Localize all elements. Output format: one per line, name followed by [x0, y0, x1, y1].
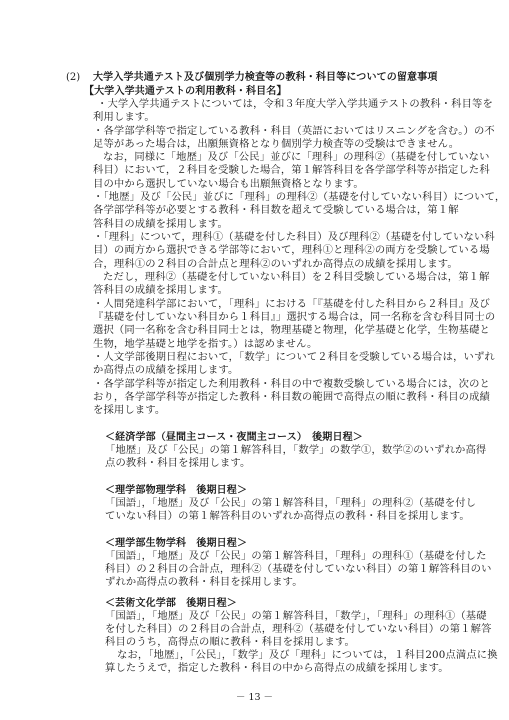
section-title: 大学入学共通テスト及び個別学力検査等の教科・科目等についての留意事項 [93, 71, 438, 84]
body-line: 各学部学科等が必要とする教科・科目数を超えて受験している場合は，第１解 [93, 204, 459, 217]
body-line: を採用します。 [93, 404, 165, 417]
body-line: 答科目の成績を採用します。 [93, 218, 228, 231]
page-number: － 13 － [0, 689, 509, 703]
body-line: ただし，理科②（基礎を付していない科目）を２科目受験している場合は，第１解 [103, 271, 490, 284]
body-line: 目）の両方から選択できる学部等において，理科①と理科②の両方を受験している場 [93, 244, 490, 257]
faculty-line: 点の教科・科目を採用します。 [105, 457, 250, 470]
body-line: 利用します。 [93, 111, 155, 124]
body-line: 目の中から選択していない場合も出願無資格となります。 [93, 178, 364, 191]
faculty-line: 科目のうち，高得点の順に教科・科目を採用します。 [105, 636, 355, 649]
body-line: 足等があった場合は，出願無資格となり個別学力検査等の受験はできません。 [93, 138, 459, 151]
body-line: おり，各学部学科等が指定した教科・科目数の範囲で高得点の順に教科・科目の成績 [93, 391, 490, 404]
faculty-heading: ＜理学部生物学科 後期日程＞ [105, 537, 247, 550]
body-line: ・「理科」について，理科①（基礎を付した科目）及び理科②（基礎を付していない科 [93, 231, 495, 244]
faculty-line: を付した科目）の２科目の合計点，理科②（基礎を付していない科目）の第１解答 [105, 623, 492, 636]
body-line: か高得点の成績を採用します。 [93, 364, 238, 377]
body-line: 『基礎を付していない科目から１科目』」選択する場合は，同一名称を含む科目同士の [93, 311, 495, 324]
faculty-line: 「国語」，「地歴」及び「公民」の第１解答科目，「数学」，「理科」の理科①（基礎 [105, 610, 487, 623]
body-line: 生物，地学基礎と地学を指す。）は認めません。 [93, 338, 317, 351]
body-line: ・各学部学科等で指定している教科・科目（英語においてはリスニングを含む。）の不 [93, 125, 495, 138]
body-line: 科目）において，２科目を受験した場合，第１解答科目を各学部学科等が指定した科 [93, 164, 490, 177]
body-line: 答科目の成績を採用します。 [93, 284, 228, 297]
faculty-line: 「地歴」及び「公民」の第１解答科目，「数学」の数学①，数学②のいずれか高得 [105, 444, 486, 457]
subsection-title: 【大学入学共通テストの利用教科・科目名】 [84, 85, 287, 98]
faculty-line: 算したうえで，指定した教科・科目の中から高得点の成績を採用します。 [105, 662, 449, 675]
body-line: 選択（同一名称を含む科目同士とは，物理基礎と物理，化学基礎と化学，生物基礎と [93, 324, 490, 337]
faculty-line: ずれか高得点の教科・科目を採用します。 [105, 576, 303, 589]
faculty-line: ていない科目）の第１解答科目のいずれか高得点の教科・科目を採用します。 [105, 510, 470, 523]
body-line: なお，同様に「地歴」及び「公民」並びに「理科」の理科②（基礎を付していない [103, 151, 490, 164]
body-line: ・人文学部後期日程において，「数学」について２科目を受験している場合は，いずれ [93, 351, 495, 364]
faculty-heading: ＜芸術文化学部 後期日程＞ [105, 597, 237, 610]
body-line: ・人間発達科学部において，「理科」における「『基礎を付した科目から２科目』及び [93, 298, 490, 311]
body-line: ・「地歴」及び「公民」並びに「理科」の理科②（基礎を付していない科目）について， [93, 191, 505, 204]
faculty-heading: ＜理学部物理学科 後期日程＞ [105, 484, 247, 497]
faculty-line: 「国語」，「地歴」及び「公民」の第１解答科目，「理科」の理科②（基礎を付し [105, 497, 476, 510]
faculty-heading: ＜経済学部（昼間主コース・夜間主コース） 後期日程＞ [105, 431, 363, 444]
faculty-line: なお，「地歴」，「公民」，「数学」及び「理科」については，１科目200点満点に換 [117, 649, 498, 662]
document-page: (2) 大学入学共通テスト及び個別学力検査等の教科・科目等についての留意事項 【… [0, 0, 509, 720]
faculty-line: 「国語」，「地歴」及び「公民」の第１解答科目，「理科」の理科①（基礎を付した [105, 550, 487, 563]
section-number: (2) [66, 72, 80, 83]
faculty-line: 科目）の２科目の合計点，理科②（基礎を付していない科目）の第１解答科目のい [105, 563, 492, 576]
body-line: ・大学入学共通テストについては，令和３年度大学入学共通テストの教科・科目等を [97, 98, 493, 111]
body-line: 合，理科①の２科目の合計点と理科②のいずれか高得点の成績を採用します。 [93, 258, 458, 271]
body-line: ・各学部学科等が指定した利用教科・科目の中で複数受験している場合には，次のと [93, 378, 490, 391]
